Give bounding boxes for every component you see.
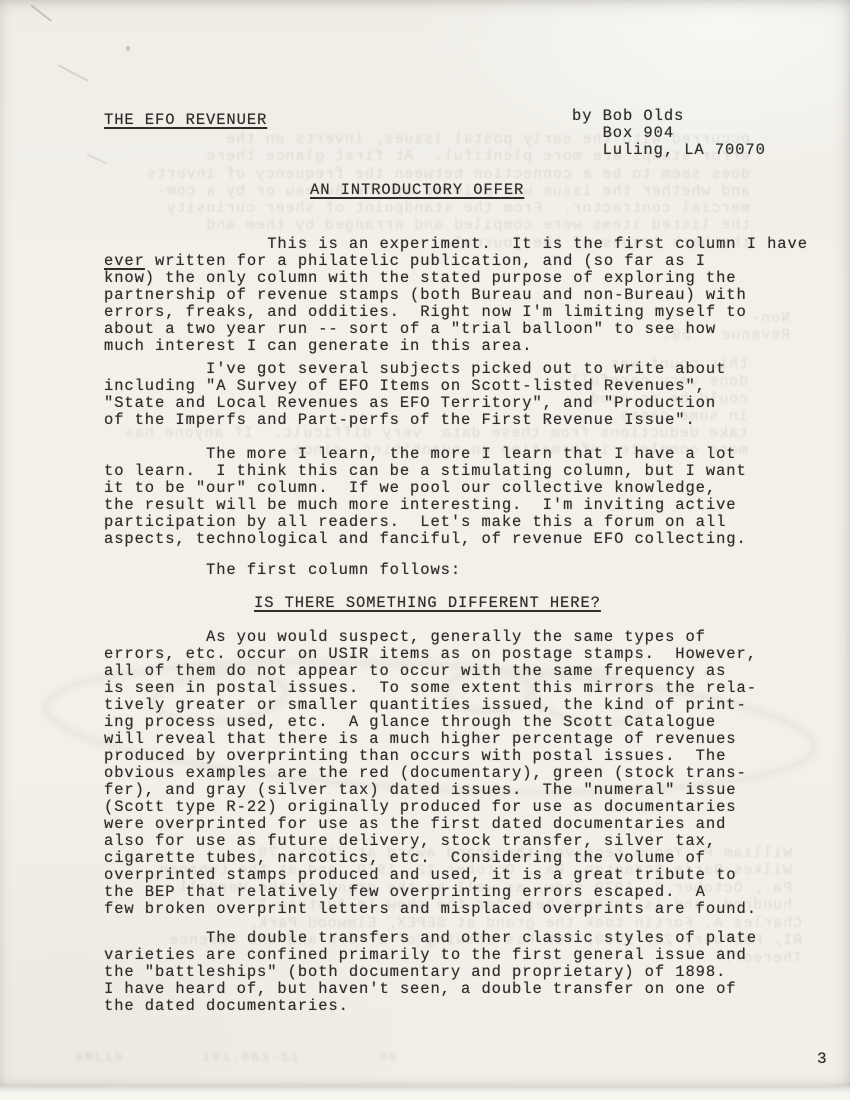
document-title: THE EFO REVENUER [104, 112, 267, 129]
paragraph-experiment: This is an experiment. It is the first c… [104, 219, 808, 372]
column-heading: IS THERE SOMETHING DIFFERENT HERE? [254, 595, 601, 612]
under-sheet-edge [0, 1086, 850, 1100]
paragraph-subjects: I've got several subjects picked out to … [104, 361, 726, 429]
paragraph-overview: As you would suspect, generally the same… [104, 629, 757, 918]
paper-sheet: occurred with the early postal issues, i… [0, 0, 850, 1086]
page-number: 3 [817, 1051, 828, 1068]
scanned-page: occurred with the early postal issues, i… [0, 0, 850, 1100]
paragraph-text-before: This is an experiment. It is the first c… [165, 235, 808, 253]
intro-heading: AN INTRODUCTORY OFFER [310, 182, 524, 199]
byline-block: by Bob Olds Box 904 Luling, LA 70070 [572, 108, 766, 159]
crease-mark-1 [30, 4, 52, 22]
lead-in-line: The first column follows: [104, 562, 461, 579]
paragraph-collaboration: The more I learn, the more I learn that … [104, 446, 747, 548]
paragraph-plate-varieties: The double transfers and other classic s… [104, 930, 757, 1015]
paragraph-text-after: written for a philatelic publication, an… [104, 252, 747, 355]
bleed-through-footer-marks: 6ML19 191.063-51 00 [75, 1050, 398, 1065]
underlined-word-ever: ever [104, 252, 145, 270]
crease-mark-2 [58, 64, 89, 82]
stain-dot [126, 46, 130, 51]
